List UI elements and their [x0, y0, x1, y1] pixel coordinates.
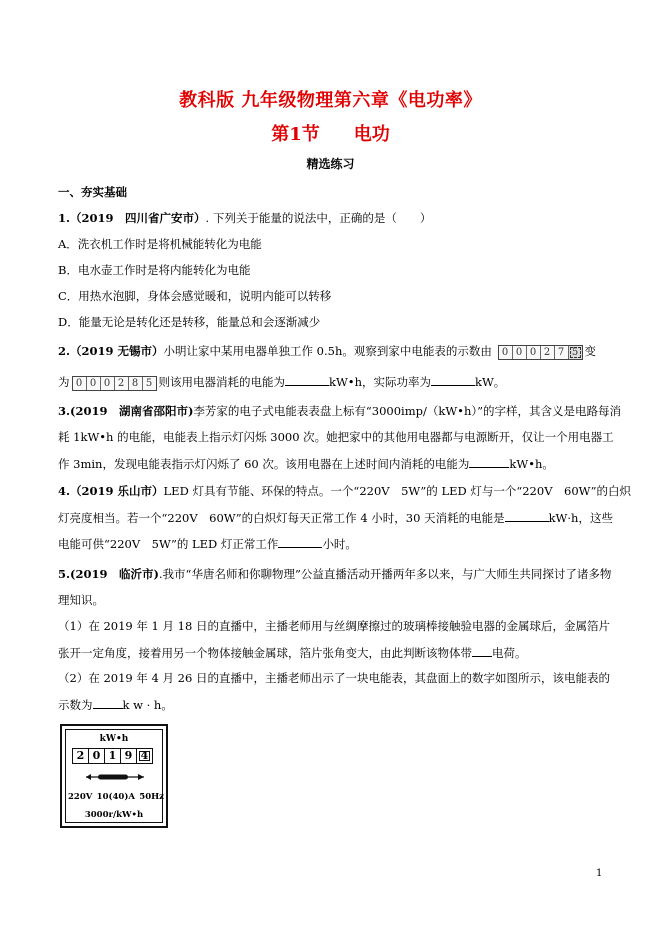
question-text: 变 — [585, 344, 597, 358]
answer-blank[interactable] — [278, 535, 322, 548]
question-5-sub1-line-1: （1）在 2019 年 1 月 18 日的直播中，主播老师用与丝绸摩擦过的玻璃棒… — [58, 618, 610, 634]
question-number: 2. — [58, 344, 70, 358]
document-page: 教科版 九年级物理第六章《电功率》 第1节电功 精选练习 一、夯实基础 1.（2… — [0, 0, 661, 935]
meter-reading-after: 000285 — [72, 376, 157, 391]
question-2-line-2: 为 000285 则该用电器消耗的电能为kW•h，实际功率为kW。 — [58, 373, 505, 391]
part-heading: 一、夯实基础 — [58, 184, 127, 200]
meter-reading-before: 000275 — [498, 345, 583, 360]
question-source: (2019 临沂市) — [70, 567, 159, 581]
unit-text: kW•h，实际功率为 — [329, 375, 431, 389]
unit-text: k w · h。 — [123, 698, 173, 712]
answer-blank[interactable] — [469, 455, 509, 468]
question-5-line-1: 5.(2019 临沂市).我市“华唐名师和你聊物理”公益直播活动开播两年多以来，… — [58, 566, 611, 582]
question-5-sub2-line-1: （2）在 2019 年 4 月 26 日的直播中，主播老师出示了一块电能表，其盘… — [58, 670, 610, 686]
meter-digits: 20194 — [72, 748, 153, 764]
question-text: 示数为 — [58, 698, 93, 712]
question-5-sub1-line-2: 张开一定角度，接着用另一个物体接触金属球，箔片张角变大，由此判断该物体带电荷。 — [58, 644, 527, 661]
question-text: 小明让家中某用电器单独工作 0.5h。观察到家中电能表的示数由 — [164, 344, 492, 358]
meter-specs: 220V10(40)A50Hz — [68, 792, 164, 802]
option-a: A．洗衣机工作时是将机械能转化为电能 — [58, 236, 262, 252]
question-source: (2019 湖南省邵阳市) — [70, 404, 193, 418]
section-suffix: 节 — [302, 124, 320, 145]
question-number: 5. — [58, 567, 70, 581]
question-text: 作 3min，发现电能表指示灯闪烁了 60 次。该用电器在上述时间内消耗的电能为 — [58, 457, 469, 471]
unit-text: 小时。 — [322, 537, 357, 551]
question-text: 则该用电器消耗的电能为 — [159, 375, 286, 389]
section-prefix: 第 — [271, 124, 289, 145]
option-d: D．能量无论是转化还是转移，能量总和会逐渐减少 — [58, 314, 320, 330]
question-text: .我市“华唐名师和你聊物理”公益直播活动开播两年多以来，与广大师生共同探讨了诸多… — [159, 567, 611, 581]
section-number: 1 — [289, 124, 302, 145]
answer-blank[interactable] — [505, 509, 549, 522]
question-3-line-2: 耗 1kW•h 的电能，电能表上指示灯闪烁 3000 次。她把家中的其他用电器都… — [58, 429, 614, 445]
question-source: （2019 无锡市） — [70, 344, 164, 358]
question-number: 4. — [58, 484, 70, 498]
document-title: 教科版 九年级物理第六章《电功率》 — [0, 86, 661, 112]
question-3-line-1: 3.(2019 湖南省邵阳市)李芳家的电子式电能表表盘上标有“3000imp/（… — [58, 403, 621, 419]
question-text: 灯亮度相当。若一个“220V 60W”的白炽灯每天正常工作 4 小时，30 天消… — [58, 511, 505, 525]
unit-text: 电荷。 — [492, 646, 527, 660]
subtitle: 精选练习 — [0, 155, 661, 172]
question-4-line-1: 4.（2019 乐山市）LED 灯具有节能、环保的特点。一个“220V 5W”的… — [58, 483, 631, 499]
answer-blank[interactable] — [472, 644, 492, 657]
question-3-line-3: 作 3min，发现电能表指示灯闪烁了 60 次。该用电器在上述时间内消耗的电能为… — [58, 455, 554, 472]
answer-blank[interactable] — [285, 373, 329, 386]
answer-blank[interactable] — [93, 696, 123, 709]
electricity-meter-figure: kW•h 20194 220V10(40)A50Hz 3000r/kW•h — [60, 724, 168, 828]
question-text: 电能可供“220V 5W”的 LED 灯正常工作 — [58, 537, 278, 551]
question-5-line-2: 理知识。 — [58, 592, 104, 608]
question-1-stem: 1.（2019 四川省广安市）. 下列关于能量的说法中，正确的是（ ） — [58, 210, 431, 226]
page-number: 1 — [596, 868, 602, 879]
question-2-line-1: 2.（2019 无锡市）小明让家中某用电器单独工作 0.5h。观察到家中电能表的… — [58, 343, 596, 360]
meter-disk-arrow-icon — [86, 772, 146, 782]
question-text: 张开一定角度，接着用另一个物体接触金属球，箔片张角变大，由此判断该物体带 — [58, 646, 472, 660]
question-number: 3. — [58, 404, 70, 418]
unit-text: kW·h，这些 — [549, 511, 613, 525]
section-name: 电功 — [354, 124, 390, 145]
question-text: LED 灯具有节能、环保的特点。一个“220V 5W”的 LED 灯与一个“22… — [164, 484, 632, 498]
answer-blank[interactable] — [431, 373, 475, 386]
option-c: C．用热水泡脚，身体会感觉暖和，说明内能可以转移 — [58, 288, 331, 304]
question-source: （2019 四川省广安市） — [70, 211, 206, 225]
meter-revs-label: 3000r/kW•h — [66, 810, 162, 820]
option-b: B．电水壶工作时是将内能转化为电能 — [58, 262, 250, 278]
meter-unit-label: kW•h — [66, 734, 162, 744]
question-4-line-3: 电能可供“220V 5W”的 LED 灯正常工作小时。 — [58, 535, 357, 552]
section-heading: 第1节电功 — [0, 120, 661, 146]
question-text: . 下列关于能量的说法中，正确的是（ ） — [206, 211, 432, 225]
question-text: 为 — [58, 375, 70, 389]
unit-text: kW。 — [475, 375, 505, 389]
question-number: 1. — [58, 211, 70, 225]
question-4-line-2: 灯亮度相当。若一个“220V 60W”的白炽灯每天正常工作 4 小时，30 天消… — [58, 509, 613, 526]
question-5-sub2-line-2: 示数为k w · h。 — [58, 696, 173, 713]
question-source: （2019 乐山市） — [70, 484, 164, 498]
unit-text: kW•h。 — [509, 457, 553, 471]
question-text: 李芳家的电子式电能表表盘上标有“3000imp/（kW•h）”的字样，其含义是电… — [193, 404, 621, 418]
